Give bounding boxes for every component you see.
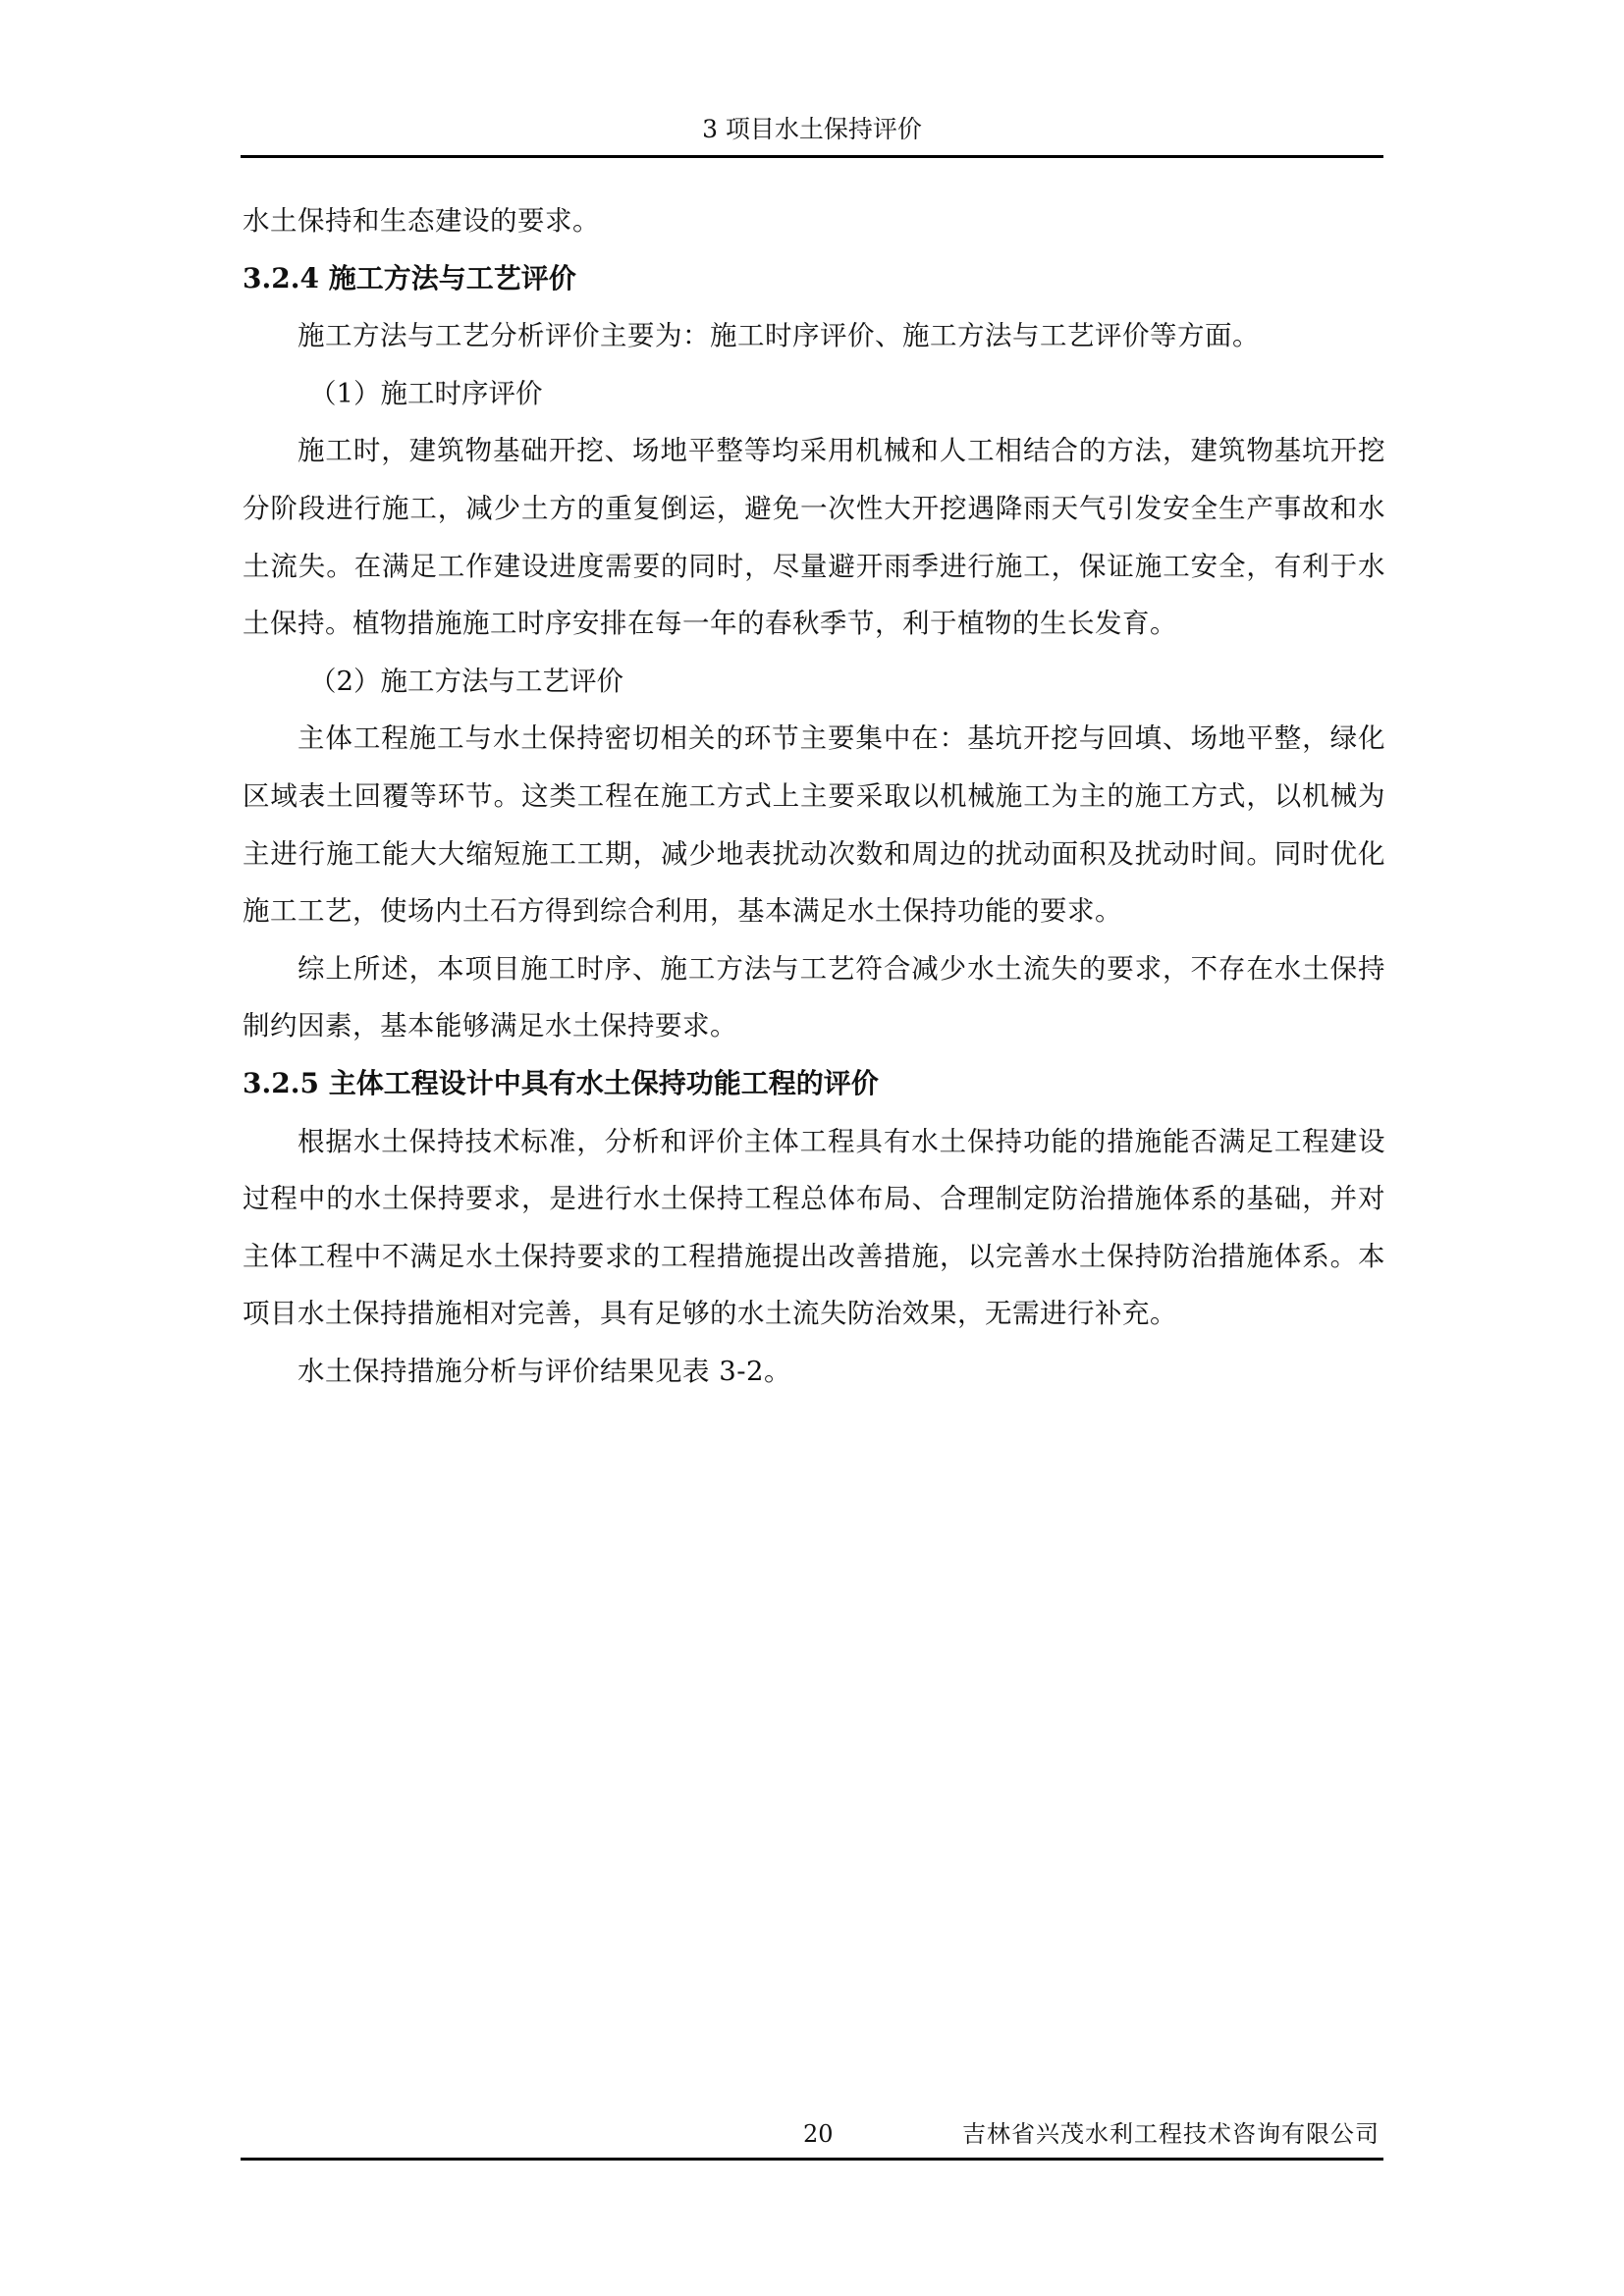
summary-paragraph: 综上所述，本项目施工时序、施工方法与工艺符合减少水土流失的要求，不存在水土保持制…	[243, 940, 1385, 1055]
continuation-paragraph: 水土保持和生态建设的要求。	[243, 192, 1385, 250]
section-heading-3-2-5: 3.2.5 主体工程设计中具有水土保持功能工程的评价	[243, 1055, 1385, 1113]
page-header: 3 项目水土保持评价	[241, 110, 1383, 158]
page-number: 20	[803, 2114, 834, 2154]
chapter-title: 3 项目水土保持评价	[702, 115, 922, 143]
subsection-title-construction-sequence: （1）施工时序评价	[243, 365, 1385, 423]
section-intro-paragraph: 施工方法与工艺分析评价主要为：施工时序评价、施工方法与工艺评价等方面。	[243, 307, 1385, 365]
table-reference-paragraph: 水土保持措施分析与评价结果见表 3-2。	[243, 1343, 1385, 1401]
section-heading-3-2-4: 3.2.4 施工方法与工艺评价	[243, 250, 1385, 308]
company-name: 吉林省兴茂水利工程技术咨询有限公司	[962, 2114, 1380, 2154]
subsection-title-construction-method: （2）施工方法与工艺评价	[243, 653, 1385, 711]
construction-sequence-paragraph: 施工时，建筑物基础开挖、场地平整等均采用机械和人工相结合的方法，建筑物基坑开挖分…	[243, 422, 1385, 652]
construction-method-paragraph: 主体工程施工与水土保持密切相关的环节主要集中在：基坑开挖与回填、场地平整，绿化区…	[243, 710, 1385, 939]
page-footer: 20 吉林省兴茂水利工程技术咨询有限公司	[241, 2110, 1383, 2161]
page-content: 水土保持和生态建设的要求。 3.2.4 施工方法与工艺评价 施工方法与工艺分析评…	[243, 192, 1385, 1400]
evaluation-paragraph: 根据水土保持技术标准，分析和评价主体工程具有水土保持功能的措施能否满足工程建设过…	[243, 1113, 1385, 1343]
